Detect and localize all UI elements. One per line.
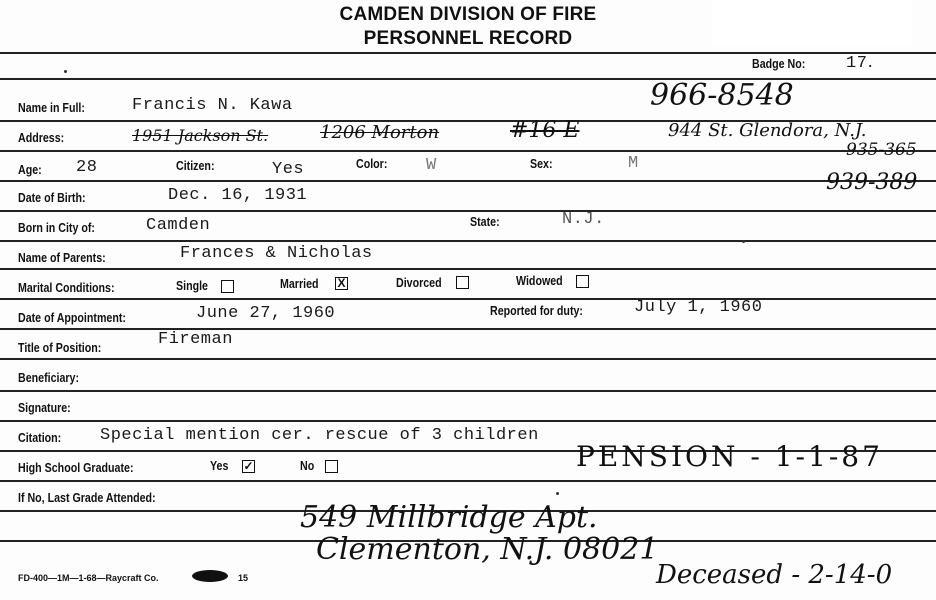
handwritten-address-line1: 549 Millbridge Apt. [300, 500, 598, 535]
beneficiary-label: Beneficiary: [18, 370, 79, 385]
citation-value: Special mention cer. rescue of 3 childre… [100, 426, 539, 445]
badge-number: 17․ [846, 52, 874, 73]
form-code: FD-400—1M—1-68—Raycraft Co. [18, 573, 159, 583]
hs-no-checkbox[interactable] [325, 460, 338, 473]
born-city-value: Camden [146, 216, 210, 235]
divider [0, 420, 936, 422]
phone-primary: 966-8548 [650, 78, 794, 113]
appointment-label: Date of Appointment: [18, 310, 126, 325]
divider [0, 180, 936, 182]
form-subtitle: PERSONNEL RECORD [0, 28, 936, 50]
divider [0, 150, 936, 152]
form-title: CAMDEN DIVISION OF FIRE [0, 4, 936, 26]
divider [0, 480, 936, 482]
reported-value: July 1, 1960 [634, 298, 762, 317]
hs-no-label: No [300, 458, 314, 473]
address-current: 944 St. Glendora, N.J. [668, 120, 866, 141]
color-label: Color: [356, 156, 387, 171]
dob-value: Dec. 16, 1931 [168, 186, 307, 205]
hs-yes-checkbox[interactable]: ✓ [242, 460, 255, 473]
widowed-checkbox[interactable] [576, 275, 589, 288]
hs-grad-label: High School Graduate: [18, 460, 133, 475]
phone-2: 935-365 [846, 140, 917, 160]
marital-widowed-label: Widowed [516, 273, 563, 288]
pension-note: PENSION - 1-1-87 [576, 440, 883, 473]
hs-yes-label: Yes [210, 458, 228, 473]
citizen-value: Yes [272, 160, 304, 179]
appointment-value: June 27, 1960 [196, 304, 335, 323]
marital-label: Marital Conditions: [18, 280, 115, 295]
personnel-record-card: CAMDEN DIVISION OF FIRE PERSONNEL RECORD… [0, 0, 936, 600]
single-checkbox[interactable] [221, 280, 234, 293]
handwritten-address-line2: Clementon, N.J. 08021 [316, 532, 658, 567]
name-label: Name in Full: [18, 100, 85, 115]
marital-divorced-label: Divorced [396, 275, 442, 290]
signature-label: Signature: [18, 400, 71, 415]
address-struck-1: 1951 Jackson St. [132, 126, 268, 145]
union-bug-icon [192, 570, 228, 582]
parents-label: Name of Parents: [18, 250, 106, 265]
marital-married-label: Married [280, 276, 319, 291]
divider [0, 390, 936, 392]
deceased-note: Deceased - 2-14-0 [656, 560, 892, 590]
badge-label: Badge No: [752, 56, 805, 71]
divorced-checkbox[interactable] [456, 276, 469, 289]
age-value: 28 [76, 158, 97, 177]
parents-value: Frances & Nicholas [180, 244, 373, 263]
divider [0, 240, 936, 242]
color-value: W [426, 156, 437, 175]
address-label: Address: [18, 130, 64, 145]
dob-label: Date of Birth: [18, 190, 86, 205]
divider [0, 78, 936, 80]
speck [556, 492, 559, 495]
citizen-label: Citizen: [176, 158, 215, 173]
citation-label: Citation: [18, 430, 61, 445]
divider [0, 358, 936, 360]
divider [0, 210, 936, 212]
marital-single-label: Single [176, 278, 208, 293]
divider [0, 52, 936, 54]
last-grade-label: If No, Last Grade Attended: [18, 490, 156, 505]
age-label: Age: [18, 162, 42, 177]
sex-label: Sex: [530, 156, 553, 171]
address-struck-3: #16 E [510, 118, 579, 143]
divider [0, 328, 936, 330]
sex-value: M [628, 154, 639, 173]
state-label: State: [470, 214, 500, 229]
position-label: Title of Position: [18, 340, 101, 355]
page-number: 15 [238, 573, 248, 583]
divider [0, 268, 936, 270]
speck [742, 240, 745, 243]
phone-3: 939-389 [826, 170, 917, 195]
address-struck-2: 1206 Morton [320, 122, 439, 143]
married-checkbox[interactable]: X [335, 277, 348, 290]
divider [0, 298, 936, 300]
born-city-label: Born in City of: [18, 220, 95, 235]
state-value: N.J. [562, 210, 605, 229]
reported-label: Reported for duty: [490, 303, 583, 318]
position-value: Fireman [158, 330, 233, 349]
name-value: Francis N. Kawa [132, 96, 293, 115]
speck [64, 70, 67, 73]
